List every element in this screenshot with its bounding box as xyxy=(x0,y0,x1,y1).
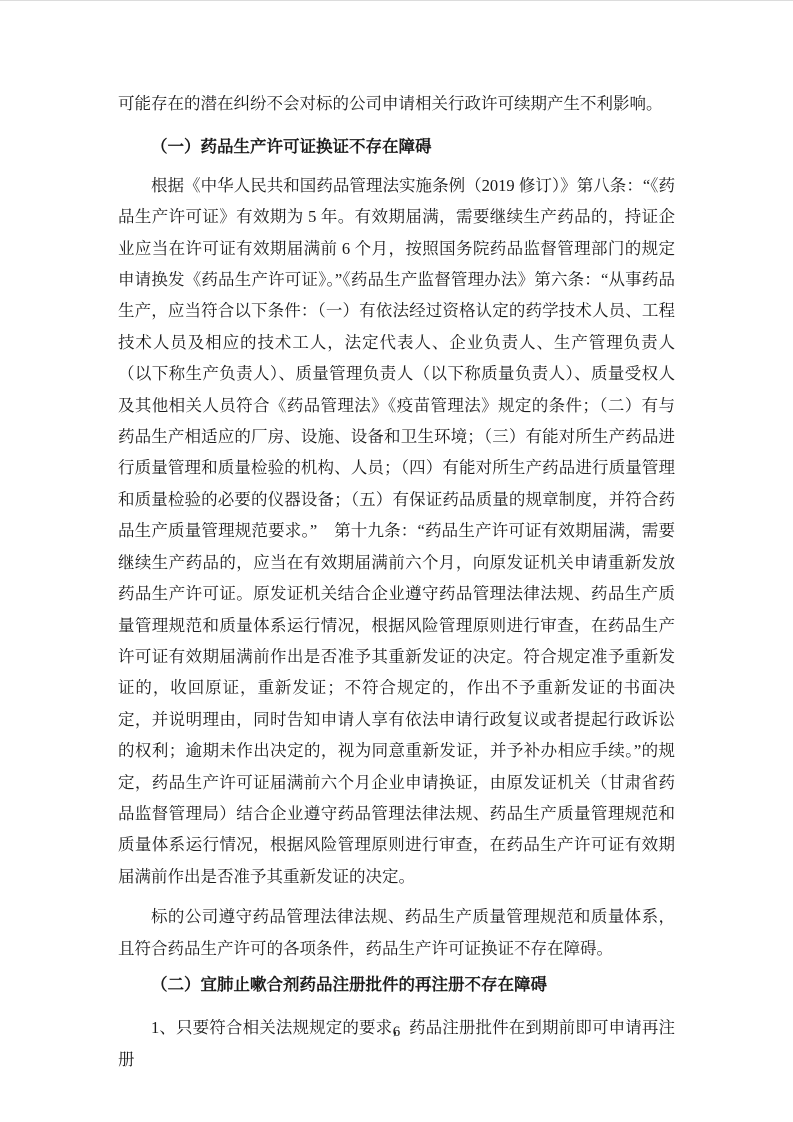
section-1-conclusion-paragraph: 标的公司遵守药品管理法律法规、药品生产质量管理规范和质量体系，且符合药品生产许可… xyxy=(118,901,675,964)
section-2-first-paragraph: 1、只要符合相关法规规定的要求，药品注册批件在到期前即可申请再注册 xyxy=(118,1012,675,1075)
section-1-heading: （一）药品生产许可证换证不存在障碍 xyxy=(118,131,675,162)
intro-continuation-paragraph: 可能存在的潜在纠纷不会对标的公司申请相关行政许可续期产生不利影响。 xyxy=(118,88,675,119)
section-2-heading: （二）宜肺止嗽合剂药品注册批件的再注册不存在障碍 xyxy=(118,969,675,1000)
section-1-main-paragraph: 根据《中华人民共和国药品管理法实施条例（2019 修订）》第八条：“《药品生产许… xyxy=(118,170,675,892)
page-number: 6 xyxy=(0,1024,793,1040)
document-page: 可能存在的潜在纠纷不会对标的公司申请相关行政许可续期产生不利影响。 （一）药品生… xyxy=(0,0,793,1122)
